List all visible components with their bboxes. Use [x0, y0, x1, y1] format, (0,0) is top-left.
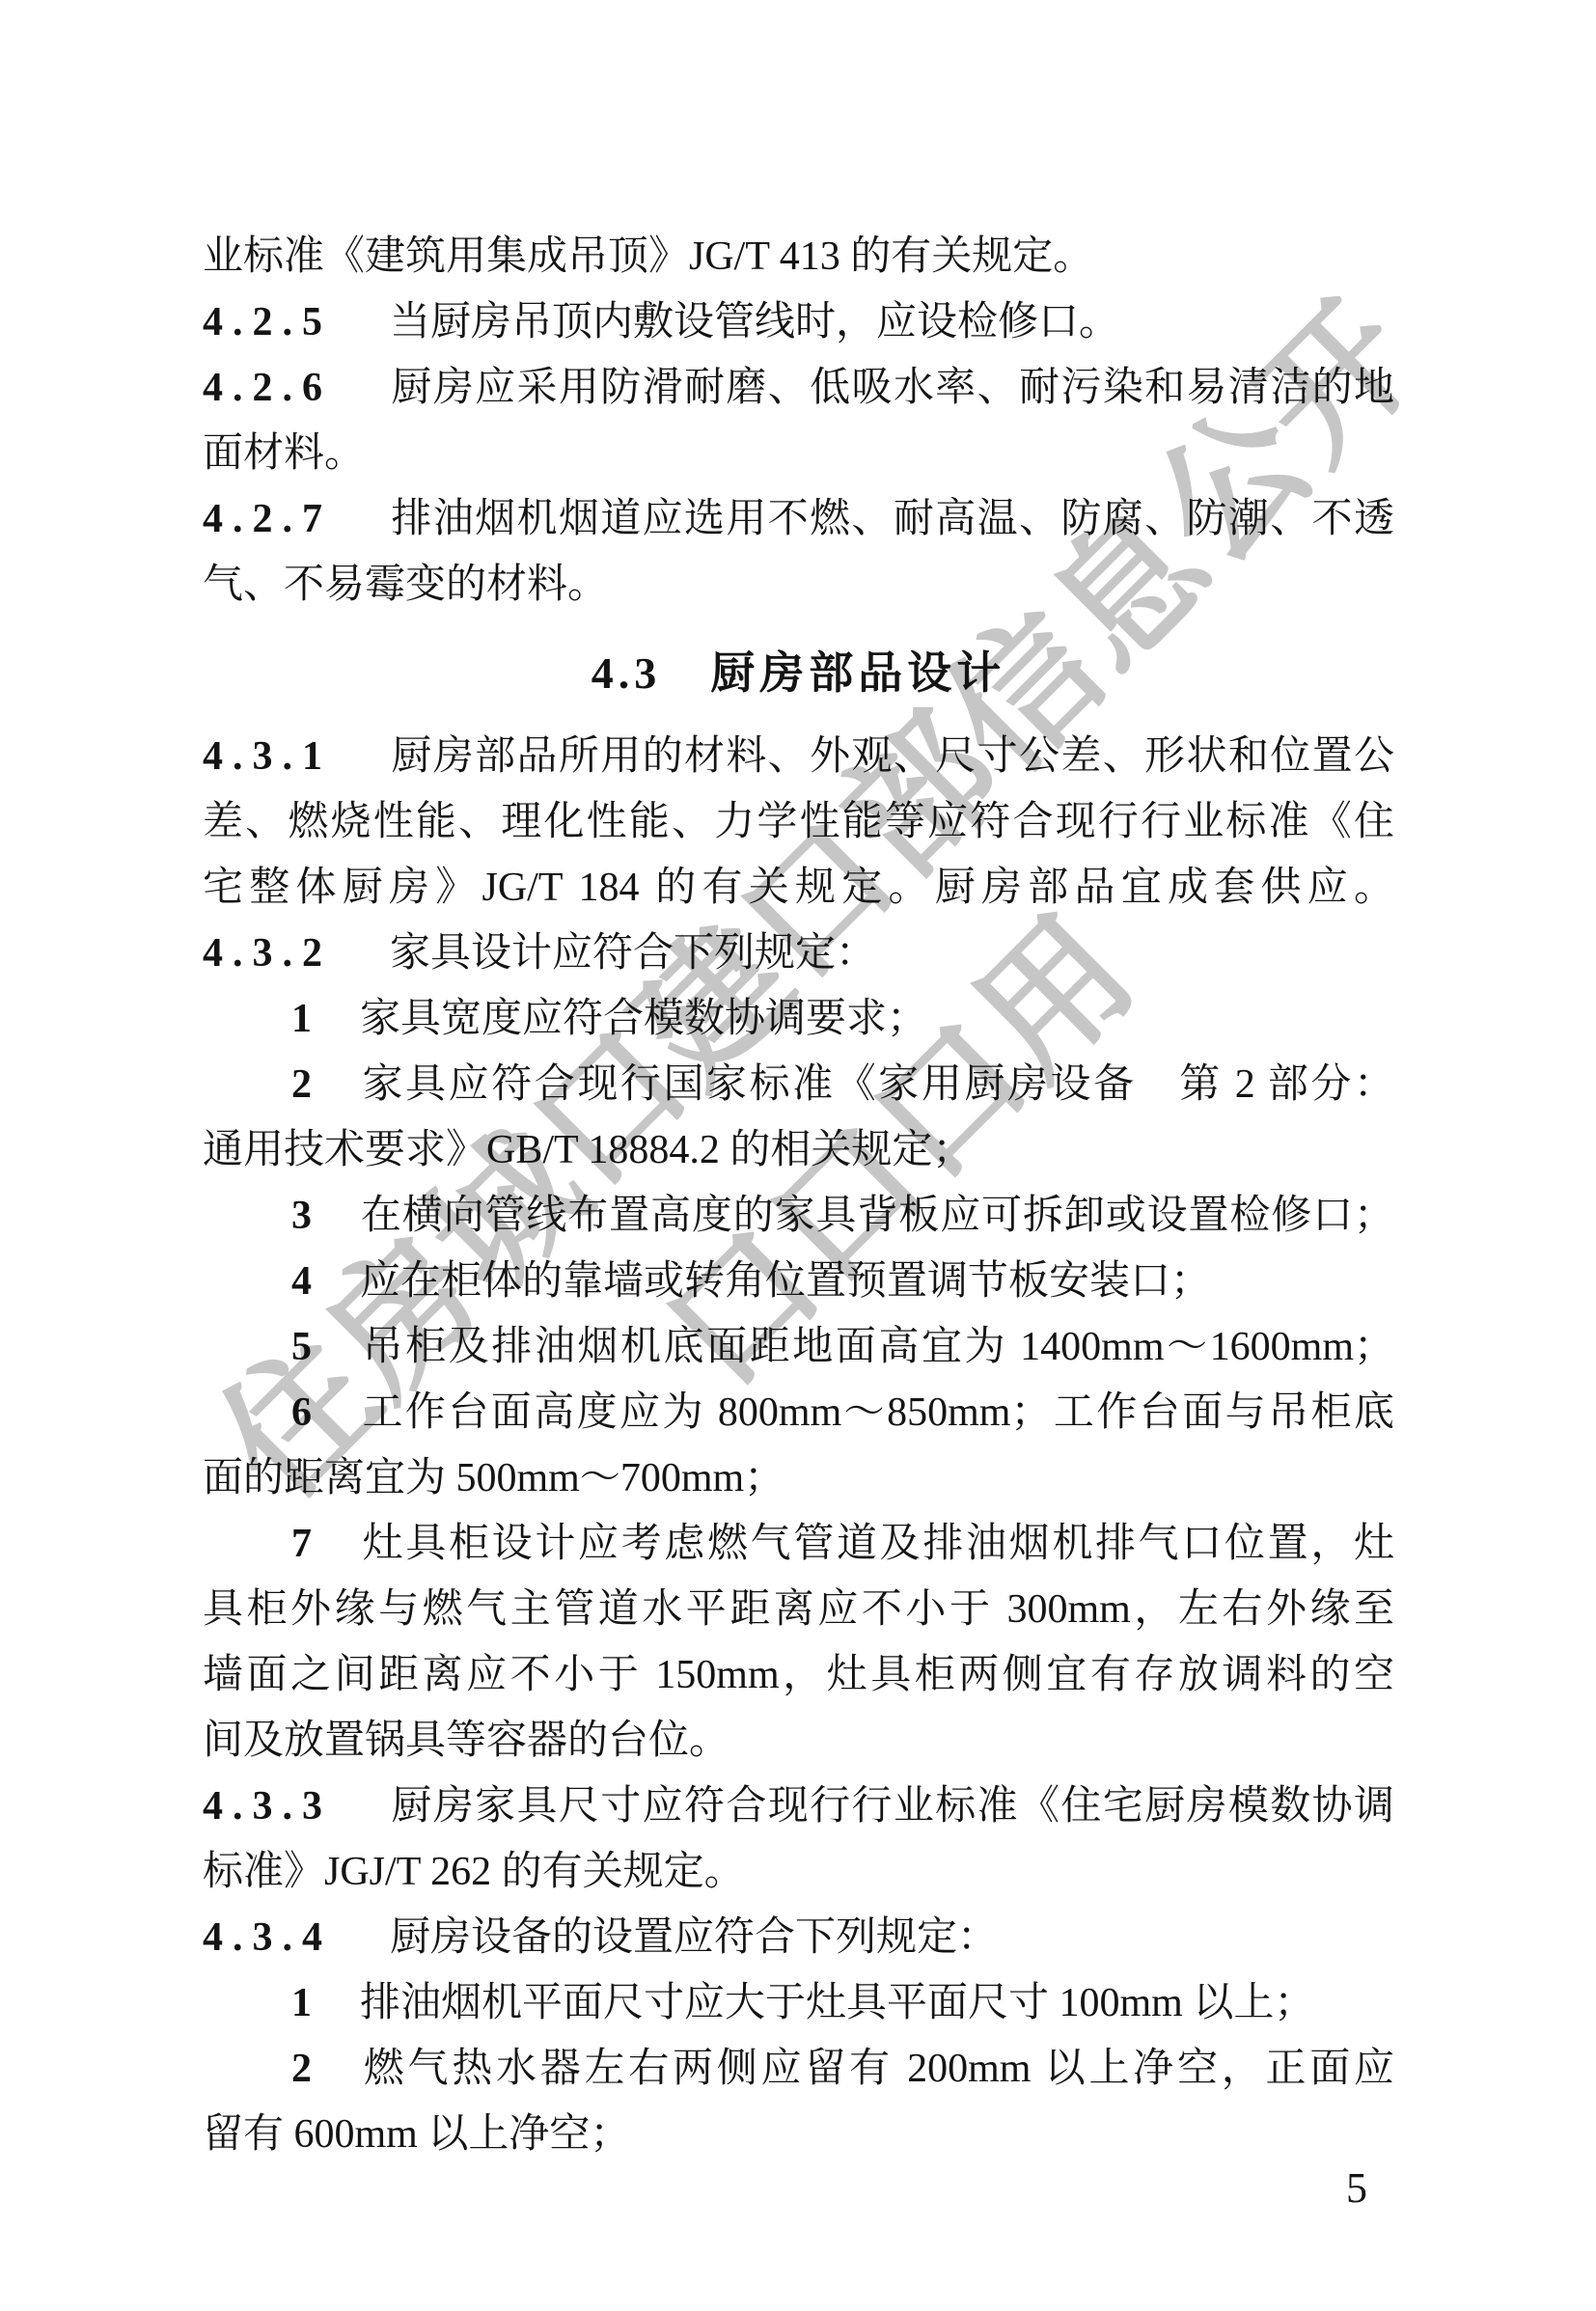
text-line: 通用技术要求》GB/T 18884.2 的相关规定； — [203, 1117, 1394, 1183]
text-line: 2燃气热水器左右两侧应留有 200mm 以上净空，正面应 — [203, 2036, 1394, 2102]
clause-number: 4.3.4 — [203, 1915, 332, 1960]
line-text: 厨房部品所用的材料、外观、尺寸公差、形状和位置公 — [390, 734, 1394, 779]
text-line: 面的距离宜为 500mm～700mm； — [203, 1445, 1394, 1511]
line-text: 家具设计应符合下列规定： — [390, 931, 876, 976]
line-text: 通用技术要求》GB/T 18884.2 的相关规定； — [203, 1128, 973, 1172]
text-line: 面材料。 — [203, 421, 1394, 486]
line-text: 排油烟机平面尺寸应大于灶具平面尺寸 100mm 以上； — [360, 1981, 1314, 2025]
clause-number: 4.3.1 — [203, 734, 332, 779]
text-line: 7灶具柜设计应考虑燃气管道及排油烟机排气口位置，灶 — [203, 1511, 1394, 1577]
item-number: 7 — [291, 1522, 312, 1566]
item-number: 3 — [291, 1194, 312, 1238]
text-line: 5吊柜及排油烟机底面距地面高宜为 1400mm～1600mm； — [203, 1314, 1394, 1380]
text-line: 具柜外缘与燃气主管道水平距离应不小于 300mm，左右外缘至 — [203, 1577, 1394, 1642]
line-text: 业标准《建筑用集成吊顶》JG/T 413 的有关规定。 — [203, 234, 1093, 279]
item-number: 5 — [291, 1325, 312, 1369]
text-line: 差、燃烧性能、理化性能、力学性能等应符合现行行业标准《住 — [203, 789, 1394, 855]
text-line: 1家具宽度应符合模数协调要求； — [203, 986, 1394, 1052]
text-line: 6工作台面高度应为 800mm～850mm；工作台面与吊柜底 — [203, 1380, 1394, 1445]
document-body: 业标准《建筑用集成吊顶》JG/T 413 的有关规定。4.2.5当厨房吊顶内敷设… — [203, 224, 1394, 2167]
line-text: 厨房家具尺寸应符合现行行业标准《住宅厨房模数协调 — [390, 1784, 1394, 1829]
item-number: 2 — [291, 1062, 312, 1107]
clause-number: 4.2.6 — [203, 366, 332, 410]
line-text: 面的距离宜为 500mm～700mm； — [203, 1456, 784, 1500]
text-line: 墙面之间距离应不小于 150mm，灶具柜两侧宜有存放调料的空 — [203, 1642, 1394, 1708]
text-line: 4.3.1厨房部品所用的材料、外观、尺寸公差、形状和位置公 — [203, 724, 1394, 789]
text-line: 气、不易霉变的材料。 — [203, 552, 1394, 618]
line-text: 工作台面高度应为 800mm～850mm；工作台面与吊柜底 — [360, 1390, 1394, 1435]
text-line: 4应在柜体的靠墙或转角位置预置调节板安装口； — [203, 1249, 1394, 1314]
text-line: 4.2.5当厨房吊顶内敷设管线时，应设检修口。 — [203, 289, 1394, 355]
clause-number: 4.3.2 — [203, 931, 332, 976]
text-line: 业标准《建筑用集成吊顶》JG/T 413 的有关规定。 — [203, 224, 1394, 289]
text-line: 间及放置锅具等容器的台位。 — [203, 1708, 1394, 1774]
line-text: 宅整体厨房》JG/T 184 的有关规定。厨房部品宜成套供应。 — [203, 866, 1394, 910]
text-line: 2家具应符合现行国家标准《家用厨房设备 第 2 部分： — [203, 1052, 1394, 1117]
line-text: 气、不易霉变的材料。 — [203, 563, 608, 607]
text-line: 4.3.4厨房设备的设置应符合下列规定： — [203, 1905, 1394, 1970]
text-line: 4.3.3厨房家具尺寸应符合现行行业标准《住宅厨房模数协调 — [203, 1774, 1394, 1839]
line-text: 间及放置锅具等容器的台位。 — [203, 1719, 729, 1763]
text-line: 4.3.2家具设计应符合下列规定： — [203, 921, 1394, 986]
line-text: 差、燃烧性能、理化性能、力学性能等应符合现行行业标准《住 — [203, 800, 1394, 844]
line-text: 排油烟机烟道应选用不燃、耐高温、防腐、防潮、不透 — [390, 497, 1394, 541]
clause-number: 4.2.5 — [203, 300, 332, 344]
line-text: 在横向管线布置高度的家具背板应可拆卸或设置检修口； — [360, 1194, 1394, 1238]
line-text: 吊柜及排油烟机底面距地面高宜为 1400mm～1600mm； — [360, 1325, 1394, 1369]
line-text: 标准》JGJ/T 262 的有关规定。 — [203, 1850, 745, 1894]
text-line: 宅整体厨房》JG/T 184 的有关规定。厨房部品宜成套供应。 — [203, 855, 1394, 921]
line-text: 当厨房吊顶内敷设管线时，应设检修口。 — [390, 300, 1119, 344]
item-number: 1 — [291, 1981, 312, 2025]
line-text: 家具宽度应符合模数协调要求； — [360, 997, 927, 1041]
text-line: 1排油烟机平面尺寸应大于灶具平面尺寸 100mm 以上； — [203, 1970, 1394, 2036]
line-text: 厨房设备的设置应符合下列规定： — [390, 1915, 998, 1960]
text-line: 4.2.6厨房应采用防滑耐磨、低吸水率、耐污染和易清洁的地 — [203, 355, 1394, 421]
line-text: 应在柜体的靠墙或转角位置预置调节板安装口； — [360, 1259, 1211, 1304]
item-number: 4 — [291, 1259, 312, 1304]
text-line: 3在横向管线布置高度的家具背板应可拆卸或设置检修口； — [203, 1183, 1394, 1249]
line-text: 厨房应采用防滑耐磨、低吸水率、耐污染和易清洁的地 — [390, 366, 1394, 410]
text-line: 4.2.7排油烟机烟道应选用不燃、耐高温、防腐、防潮、不透 — [203, 486, 1394, 552]
section-heading: 4.3 厨房部品设计 — [203, 641, 1394, 706]
line-text: 具柜外缘与燃气主管道水平距离应不小于 300mm，左右外缘至 — [203, 1587, 1394, 1632]
item-number: 1 — [291, 997, 312, 1041]
text-line: 标准》JGJ/T 262 的有关规定。 — [203, 1839, 1394, 1905]
item-number: 6 — [291, 1390, 312, 1435]
clause-number: 4.3.3 — [203, 1784, 332, 1829]
text-line: 留有 600mm 以上净空； — [203, 2102, 1394, 2167]
line-text: 留有 600mm 以上净空； — [203, 2112, 630, 2157]
line-text: 燃气热水器左右两侧应留有 200mm 以上净空，正面应 — [360, 2047, 1394, 2091]
line-text: 面材料。 — [203, 431, 365, 476]
line-text: 墙面之间距离应不小于 150mm，灶具柜两侧宜有存放调料的空 — [203, 1653, 1394, 1697]
clause-number: 4.2.7 — [203, 497, 332, 541]
page-number: 5 — [1346, 2160, 1367, 2217]
line-text: 4.3 厨房部品设计 — [592, 648, 1006, 698]
item-number: 2 — [291, 2047, 312, 2091]
line-text: 灶具柜设计应考虑燃气管道及排油烟机排气口位置，灶 — [360, 1522, 1394, 1566]
line-text: 家具应符合现行国家标准《家用厨房设备 第 2 部分： — [360, 1062, 1394, 1107]
